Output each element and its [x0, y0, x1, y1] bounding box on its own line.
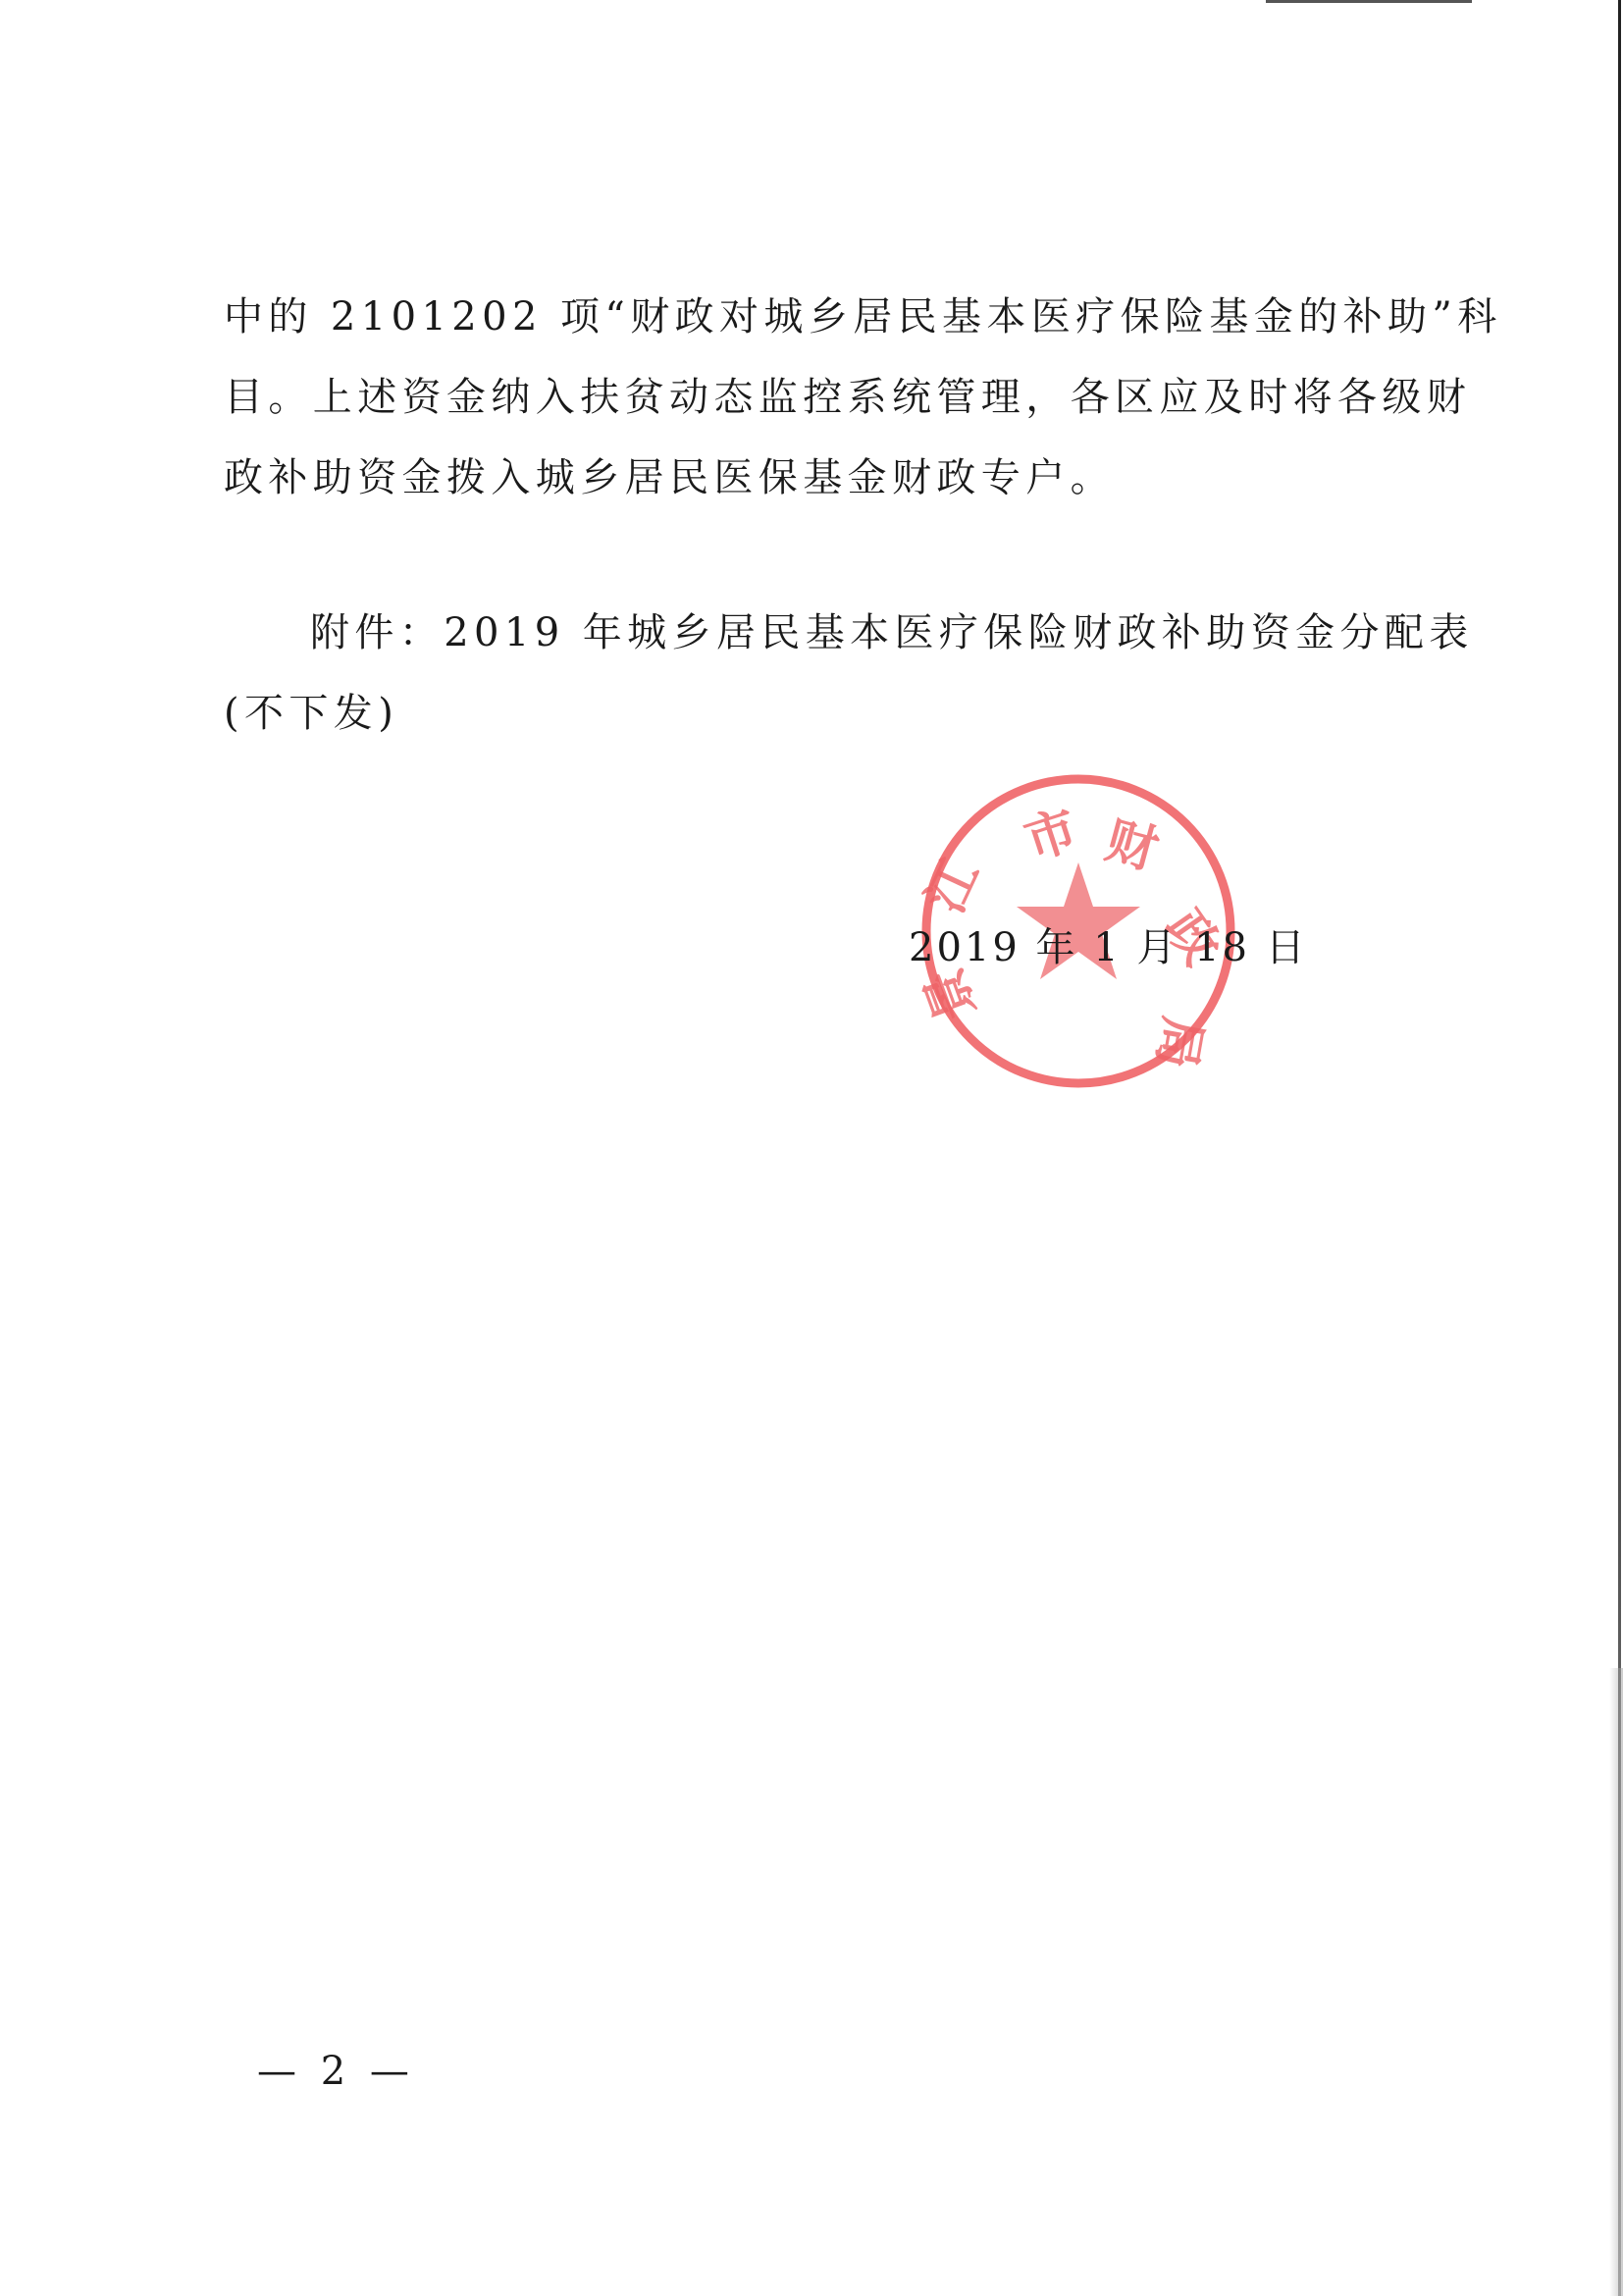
- attachment-title: 附件：2019 年城乡居民基本医疗保险财政补助资金分配表: [224, 593, 1431, 673]
- svg-text:局: 局: [1145, 1013, 1212, 1073]
- attachment-remark: (不下发): [224, 673, 1431, 754]
- svg-text:市: 市: [1018, 800, 1084, 871]
- document-date: 2019 年 1 月 18 日: [909, 916, 1308, 972]
- body-line: 政补助资金拨入城乡居民医保基金财政专户。: [224, 438, 1421, 518]
- page-number: — 2 —: [257, 2049, 415, 2094]
- body-line: 中的 2101202 项“财政对城乡居民基本医疗保险基金的补助”科: [224, 277, 1421, 357]
- document-page: 中的 2101202 项“财政对城乡居民基本医疗保险基金的补助”科 目。上述资金…: [0, 0, 1623, 2296]
- scan-edge-mark: [1266, 0, 1472, 3]
- body-line: 目。上述资金纳入扶贫动态监控系统管理，各区应及时将各级财: [224, 357, 1421, 438]
- body-paragraph: 中的 2101202 项“财政对城乡居民基本医疗保险基金的补助”科 目。上述资金…: [224, 277, 1421, 518]
- attachment-note: 附件：2019 年城乡居民基本医疗保险财政补助资金分配表 (不下发): [224, 593, 1431, 754]
- scan-edge-shadow: [1609, 1668, 1623, 2296]
- svg-text:财: 财: [1100, 811, 1165, 881]
